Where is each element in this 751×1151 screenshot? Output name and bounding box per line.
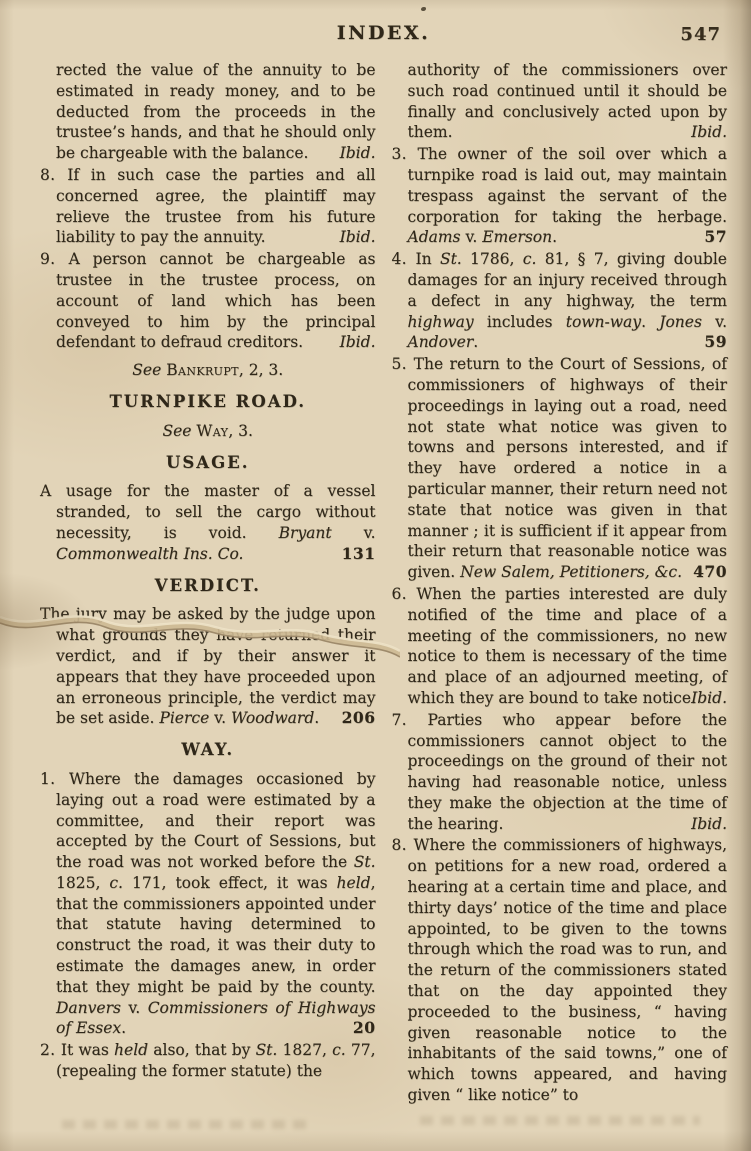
- entry-text: Bankrupt: [166, 361, 239, 379]
- entry-number: 6.: [392, 585, 417, 603]
- page-ref: 57: [710, 227, 727, 248]
- page-ref: Ibid.: [681, 122, 727, 143]
- page-ref: Ibid.: [330, 143, 376, 164]
- entry-text: Parties who appear before the commission…: [408, 711, 728, 833]
- entry-text: .: [314, 709, 319, 727]
- page-header: INDEX. 547: [40, 14, 727, 52]
- entry-text: Way: [196, 422, 228, 440]
- entry-text: In: [416, 250, 440, 268]
- index-entry: 2. It was held also, that by St. 1827, c…: [40, 1040, 376, 1082]
- page-ref: 131: [348, 544, 376, 565]
- entry-text: .: [641, 313, 659, 331]
- entry-text: , 2, 3.: [239, 361, 283, 379]
- entry-text: Danvers: [56, 999, 121, 1017]
- entry-text: authority of the commissioners over such…: [408, 61, 728, 141]
- index-entry: 4. In St. 1786, c. 81, § 7, giving doubl…: [392, 249, 728, 353]
- entry-text: v.: [209, 709, 231, 727]
- entry-number: 4.: [392, 250, 416, 268]
- index-entry: 1. Where the damages occasioned by layin…: [40, 769, 376, 1039]
- index-entry: authority of the commissioners over such…: [392, 60, 728, 143]
- entry-text: Andover: [408, 333, 474, 351]
- page-ref: 470: [699, 562, 727, 583]
- entry-text: New Salem, Petitioners, &c.: [460, 563, 682, 581]
- entry-text: town-way: [566, 313, 641, 331]
- entry-text: If in such case the parties and all conc…: [56, 166, 376, 246]
- entry-text: See: [163, 422, 197, 440]
- index-entry: 9. A person cannot be chargeable as trus…: [40, 249, 376, 353]
- entry-text: , that the commissioners appointed under…: [56, 874, 376, 996]
- page-ref: Ibid.: [346, 227, 376, 248]
- entry-text: c.: [332, 1041, 346, 1059]
- entry-text: held: [337, 874, 371, 892]
- entry-text: A person cannot be chargeable as trustee…: [56, 250, 376, 351]
- page-ref: 20: [359, 1018, 376, 1039]
- entry-text: The return to the Court of Sessions, of …: [408, 355, 728, 581]
- index-entry: 3. The owner of the soil over which a tu…: [392, 144, 728, 248]
- entry-text: Jones: [659, 313, 702, 331]
- entry-text: v.: [702, 313, 727, 331]
- column-right: authority of the commissioners over such…: [392, 60, 728, 1107]
- section-heading: WAY.: [40, 740, 376, 761]
- two-column-layout: rected the value of the annuity to be es…: [40, 60, 727, 1107]
- entry-text: Where the commissioners of highways, on …: [408, 836, 728, 1104]
- entry-text: .: [121, 1019, 126, 1037]
- entry-text: Woodward: [231, 709, 314, 727]
- index-entry: 8. If in such case the parties and all c…: [40, 165, 376, 248]
- page-title: INDEX.: [40, 14, 727, 44]
- entry-text: rected the value of the annuity to be es…: [56, 61, 376, 162]
- bleed-through-artifact: [62, 1120, 312, 1129]
- section-heading: USAGE.: [40, 453, 376, 474]
- entry-text: 171, took effect, it was: [123, 874, 337, 892]
- index-entry: 8. Where the commissioners of highways, …: [392, 835, 728, 1105]
- entry-text: .: [473, 333, 478, 351]
- cross-reference: See Way, 3.: [40, 421, 376, 442]
- book-page-scan: { "page": { "title": "INDEX.", "number":…: [0, 0, 751, 1151]
- entry-text: 1786,: [462, 250, 523, 268]
- entry-text: highway: [408, 313, 474, 331]
- entry-number: 8.: [392, 836, 414, 854]
- entry-text: St.: [256, 1041, 278, 1059]
- entry-text: , 3.: [228, 422, 253, 440]
- index-entry: 5. The return to the Court of Sessions, …: [392, 354, 728, 583]
- page-number: 547: [680, 24, 721, 45]
- entry-text: St.: [440, 250, 462, 268]
- index-entry: 7. Parties who appear before the commiss…: [392, 710, 728, 835]
- entry-text: It was: [61, 1041, 114, 1059]
- entry-text: Adams: [408, 228, 461, 246]
- index-entry: The jury may be asked by the judge upon …: [40, 604, 376, 729]
- entry-text: Emerson: [482, 228, 552, 246]
- column-left: rected the value of the annuity to be es…: [40, 60, 376, 1107]
- index-entry: rected the value of the annuity to be es…: [40, 60, 376, 164]
- cross-reference: See Bankrupt, 2, 3.: [40, 360, 376, 381]
- section-heading: TURNPIKE ROAD.: [40, 392, 376, 413]
- index-entry: 6. When the parties interested are duly …: [392, 584, 728, 709]
- page-ref: 59: [710, 332, 727, 353]
- entry-text: 1825,: [56, 874, 109, 892]
- entry-text: includes: [474, 313, 566, 331]
- page-body: INDEX. 547 rected the value of the annui…: [0, 0, 751, 1107]
- entry-text: v.: [332, 524, 376, 542]
- entry-text: .: [552, 228, 557, 246]
- entry-text: v.: [121, 999, 148, 1017]
- entry-number: 1.: [40, 770, 69, 788]
- entry-text: Pierce: [159, 709, 209, 727]
- entry-text: c.: [109, 874, 123, 892]
- entry-number: 7.: [392, 711, 428, 729]
- entry-text: 1827,: [277, 1041, 332, 1059]
- entry-text: When the parties interested are duly not…: [408, 585, 728, 707]
- entry-number: 9.: [40, 250, 69, 268]
- entry-text: held: [114, 1041, 148, 1059]
- page-ref: 206: [348, 708, 376, 729]
- page-ref: Ibid.: [697, 688, 727, 709]
- entry-text: also, that by: [148, 1041, 255, 1059]
- entry-text: Where the damages occasioned by laying o…: [56, 770, 376, 871]
- page-ref: Ibid.: [697, 814, 727, 835]
- entry-number: 2.: [40, 1041, 61, 1059]
- entry-text: See: [132, 361, 166, 379]
- entry-text: c.: [523, 250, 537, 268]
- entry-text: The owner of the soil over which a turnp…: [408, 145, 728, 225]
- entry-number: 8.: [40, 166, 67, 184]
- entry-number: 5.: [392, 355, 414, 373]
- entry-text: Commonwealth Ins. Co.: [56, 545, 243, 563]
- entry-text: Bryant: [279, 524, 332, 542]
- entry-text: v.: [461, 228, 483, 246]
- index-entry: A usage for the master of a vessel stran…: [40, 481, 376, 564]
- section-heading: VERDICT.: [40, 576, 376, 597]
- page-ref: Ibid.: [346, 332, 376, 353]
- bleed-through-artifact: [420, 1116, 700, 1125]
- entry-text: St.: [354, 853, 376, 871]
- entry-number: 3.: [392, 145, 418, 163]
